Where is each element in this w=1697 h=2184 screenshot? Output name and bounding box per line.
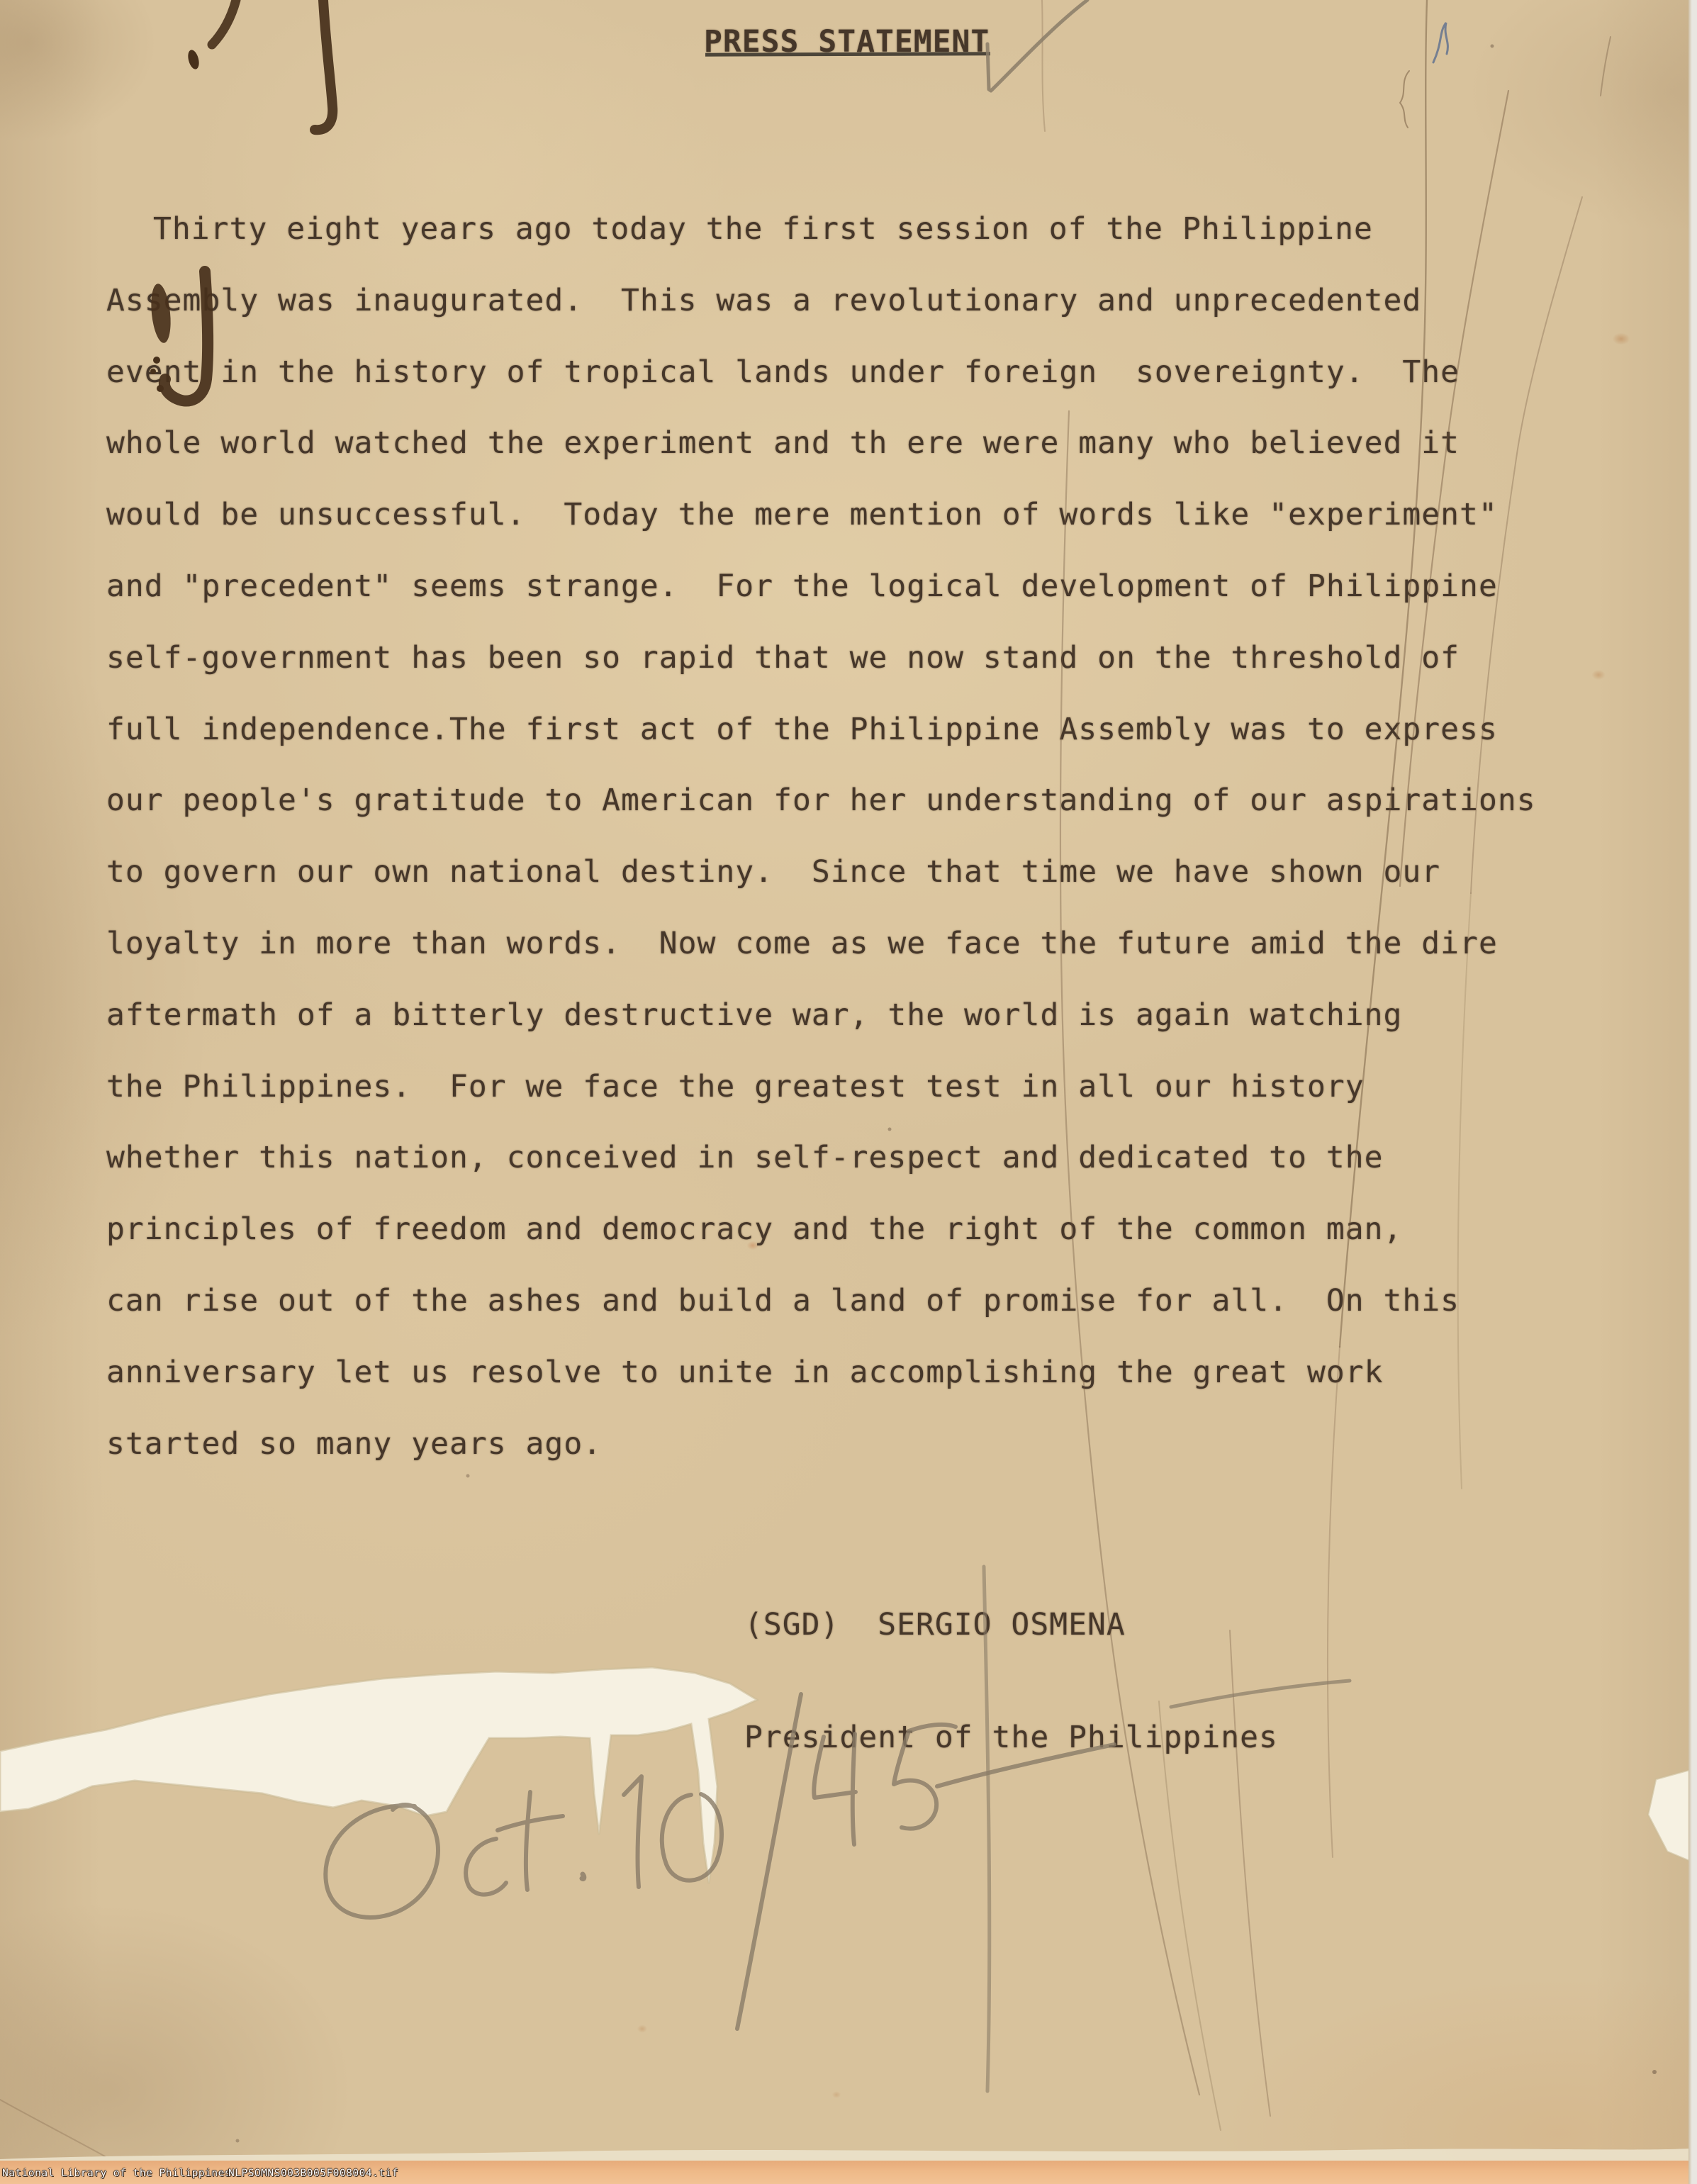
body-line: can rise out of the ashes and build a la… [106, 1265, 1637, 1337]
body-line: started so many years ago. [106, 1409, 1637, 1480]
body-line: would be unsuccessful. Today the mere me… [106, 479, 1637, 551]
footer-filename-label: NLPSOMNS003B005F008004.tif [228, 2168, 398, 2182]
body-line: full independence.The first act of the P… [106, 694, 1637, 766]
scan-edge [1688, 0, 1697, 2184]
body-line: loyalty in more than words. Now come as … [106, 908, 1637, 980]
body-line: principles of freedom and democracy and … [106, 1194, 1637, 1265]
body-line: the Philippines. For we face the greates… [106, 1051, 1637, 1123]
body-line: our people's gratitude to American for h… [106, 765, 1637, 836]
body-line: and "precedent" seems strange. For the l… [106, 551, 1637, 622]
body-line: Assembly was inaugurated. This was a rev… [106, 265, 1637, 337]
body-text: Thirty eight years ago today the first s… [106, 194, 1637, 1479]
signature-signed-line: (SGD) SERGIO OSMENA [744, 1606, 1278, 1644]
footer-library-label: National Library of the Philippines [2, 2168, 231, 2182]
body-line: whether this nation, conceived in self-r… [106, 1122, 1637, 1194]
body-line: to govern our own national destiny. Sinc… [106, 836, 1637, 908]
body-line: event in the history of tropical lands u… [106, 337, 1637, 408]
body-line: whole world watched the experiment and t… [106, 408, 1637, 479]
body-line: Thirty eight years ago today the first s… [106, 194, 1637, 265]
body-line: aftermath of a bitterly destructive war,… [106, 980, 1637, 1051]
scanned-document-page: PRESS STATEMENT Thirty eight years ago t… [0, 0, 1697, 2184]
body-line: self-government has been so rapid that w… [106, 622, 1637, 694]
body-line: anniversary let us resolve to unite in a… [106, 1337, 1637, 1409]
